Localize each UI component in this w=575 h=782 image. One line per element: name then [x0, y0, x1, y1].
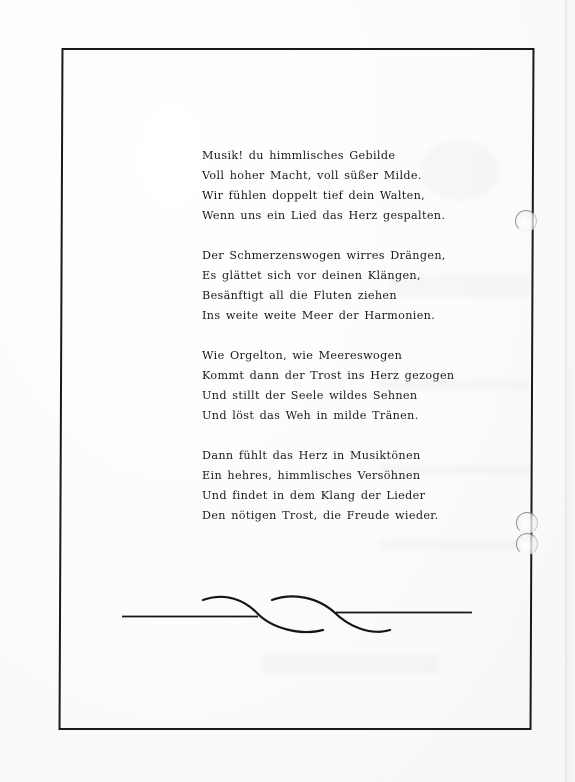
poem-line: Wir fühlen doppelt tief dein Walten, [202, 186, 455, 206]
poem-line: Ein hehres, himmlisches Versöhnen [202, 466, 455, 486]
poem-line: Besänftigt all die Fluten ziehen [202, 286, 455, 306]
stanza-1: Musik! du himmlisches Gebilde Voll hoher… [202, 146, 455, 226]
punch-hole-icon [516, 533, 538, 555]
poem-line: Wenn uns ein Lied das Herz gespalten. [202, 206, 455, 226]
poem-line: Dann fühlt das Herz in Musiktönen [202, 446, 455, 466]
poem-line: Voll hoher Macht, voll süßer Milde. [202, 166, 455, 186]
punch-hole-icon [515, 210, 537, 232]
poem-line: Und löst das Weh in milde Tränen. [202, 406, 455, 426]
poem-line: Und findet in dem Klang der Lieder [202, 486, 455, 506]
stanza-3: Wie Orgelton, wie Meereswogen Kommt dann… [202, 346, 455, 426]
poem-line: Und stillt der Seele wildes Sehnen [202, 386, 455, 406]
scanned-page: Musik! du himmlisches Gebilde Voll hoher… [0, 0, 575, 782]
poem-line: Den nötigen Trost, die Freude wieder. [202, 506, 455, 526]
stanza-2: Der Schmerzenswogen wirres Drängen, Es g… [202, 246, 455, 326]
flourish-divider-icon [110, 585, 490, 645]
poem-line: Ins weite weite Meer der Harmonien. [202, 306, 455, 326]
punch-hole-icon [516, 512, 538, 534]
poem-line: Wie Orgelton, wie Meereswogen [202, 346, 455, 366]
poem-line: Der Schmerzenswogen wirres Drängen, [202, 246, 455, 266]
poem-line: Kommt dann der Trost ins Herz gezogen [202, 366, 455, 386]
poem-line: Es glättet sich vor deinen Klängen, [202, 266, 455, 286]
stanza-4: Dann fühlt das Herz in Musiktönen Ein he… [202, 446, 455, 526]
poem-line: Musik! du himmlisches Gebilde [202, 146, 455, 166]
poem: Musik! du himmlisches Gebilde Voll hoher… [202, 146, 455, 546]
